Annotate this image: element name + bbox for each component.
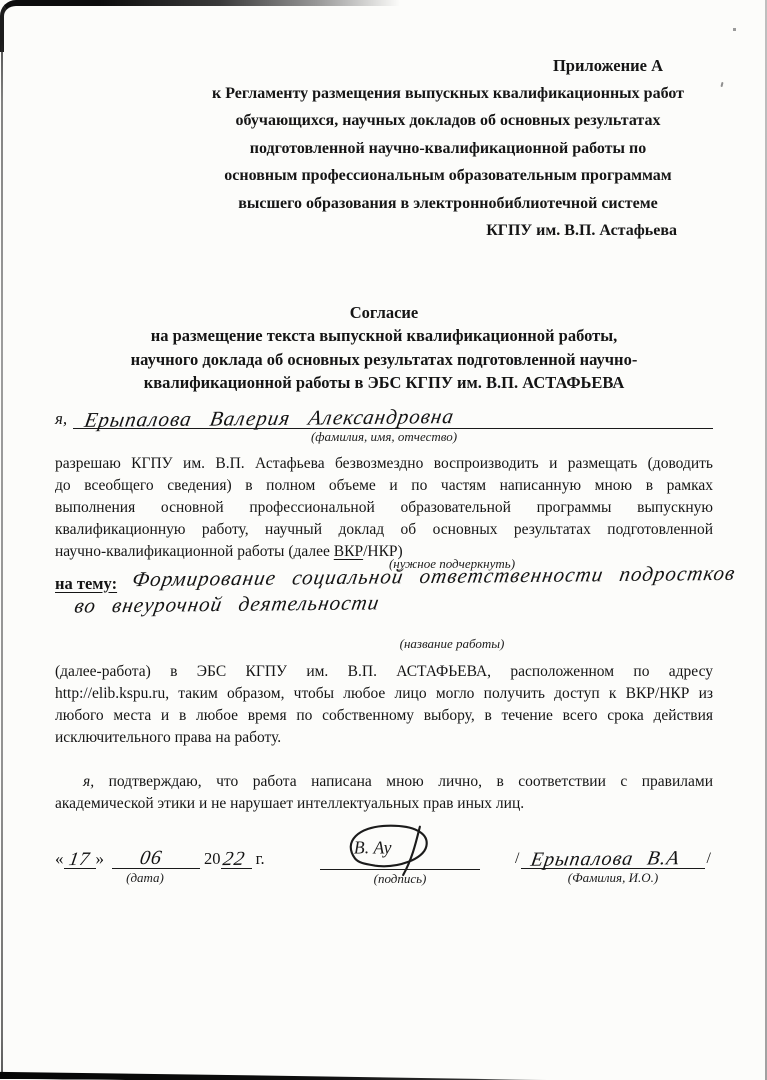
signer-name-handwritten: Ерыпалова В.А (529, 847, 682, 872)
appendix-line: к Регламенту размещения выпускных квалиф… (183, 80, 713, 108)
slash-left: / (513, 850, 521, 869)
signature-underline: В. Ау (320, 843, 480, 870)
scan-edge-left (1, 40, 3, 1078)
date-field: « 17 » 06 20 22 г. (дата) (55, 843, 267, 887)
declarant-line: я, Ерыпалова Валерия Александровна (55, 401, 713, 429)
paragraph-line: любого места и в любое время по собствен… (55, 705, 713, 727)
close-quote: » (96, 849, 105, 869)
theme-label: на тему: (55, 574, 117, 594)
paragraph-text: подтверждаю, что работа написана мною ли… (94, 773, 713, 790)
consent-title: Согласие на размещение текста выпускной … (55, 301, 713, 395)
fio-underline: Ерыпалова Валерия Александровна (73, 400, 713, 429)
appendix-line: подготовленной научно-квалификационной р… (183, 135, 713, 163)
signer-name-underline: Ерыпалова В.А (521, 842, 704, 869)
theme-handwritten-line2: во внеурочной деятельности (73, 590, 382, 618)
work-title-caption: (название работы) (123, 636, 767, 652)
year-underline: 22 (221, 844, 252, 869)
signature-scribble: В. Ау (340, 821, 444, 877)
signature-initials: В. Ау (354, 837, 392, 857)
access-paragraph: (далее-работа) в ЭБС КГПУ им. В.П. АСТАФ… (55, 661, 713, 749)
declarant-prefix: я, (55, 409, 73, 429)
month-underline: 06 (112, 844, 200, 869)
signer-name-line: / Ерыпалова В.А / (513, 843, 713, 869)
permission-paragraph: разрешаю КГПУ им. В.П. Астафьева безвозм… (55, 453, 713, 563)
consent-title-line: на размещение текста выпускной квалифика… (55, 324, 713, 348)
date-line: « 17 » 06 20 22 г. (55, 843, 267, 869)
signature-row: « 17 » 06 20 22 г. (дата) В. Ау (55, 843, 713, 887)
scan-speck (733, 28, 736, 31)
date-caption: (дата) (100, 870, 190, 886)
appendix-line: основным профессиональным образовательны… (183, 162, 713, 190)
paragraph-line: исключительного права на работу. (55, 727, 713, 749)
paragraph-line: до всеобщего сведения) в полном объеме и… (55, 475, 713, 497)
paragraph-line: http://elib.kspu.ru, таким образом, чтоб… (55, 683, 713, 705)
year-prefix: 20 (204, 849, 221, 869)
scan-corner-top-left (0, 0, 124, 52)
scan-speck (720, 82, 723, 87)
signature-field: В. Ау (подпись) (320, 843, 480, 887)
paragraph-line: квалификационную работу, научный доклад … (55, 519, 713, 541)
confirmation-prefix: я, (83, 773, 94, 790)
paragraph-line: выполнения основной профессиональной обр… (55, 497, 713, 519)
date-day-handwritten: 17 (67, 848, 92, 870)
consent-title-line: квалификационной работы в ЭБС КГПУ им. В… (55, 371, 713, 395)
paragraph-line: я, подтверждаю, что работа написана мною… (55, 771, 713, 793)
scan-edge-top (100, 0, 400, 6)
appendix-line: обучающихся, научных докладов об основны… (183, 107, 713, 135)
paragraph-line: (далее-работа) в ЭБС КГПУ им. В.П. АСТАФ… (55, 661, 713, 683)
appendix-label: Приложение А (55, 52, 713, 80)
paragraph-line: академической этики и не нарушает интелл… (55, 793, 713, 815)
day-underline: 17 (64, 844, 96, 869)
consent-title-line: научного доклада об основных результатах… (55, 348, 713, 372)
theme-section: на тему: Формирование социальной ответст… (55, 572, 713, 632)
signer-name-field: / Ерыпалова В.А / (Фамилия, И.О.) (513, 843, 713, 887)
signer-name-caption: (Фамилия, И.О.) (513, 870, 713, 886)
open-quote: « (55, 849, 64, 869)
document-content: Приложение А к Регламенту размещения вып… (55, 52, 713, 887)
paragraph-line: разрешаю КГПУ им. В.П. Астафьева безвозм… (55, 453, 713, 475)
confirmation-paragraph: я, подтверждаю, что работа написана мною… (55, 771, 713, 815)
scan-strip-bottom (0, 1071, 580, 1080)
slash-right: / (705, 850, 713, 869)
date-month-handwritten: 06 (138, 846, 164, 869)
declarant-name-handwritten: Ерыпалова Валерия Александровна (83, 404, 457, 433)
consent-title-line: Согласие (55, 301, 713, 325)
year-suffix: г. (252, 849, 265, 869)
appendix-line-university: КГПУ им. В.П. Астафьева (55, 217, 713, 245)
date-year-handwritten: 22 (221, 847, 247, 870)
scanned-consent-document: Приложение А к Регламенту размещения вып… (0, 0, 767, 1080)
appendix-header: Приложение А к Регламенту размещения вып… (55, 52, 713, 245)
appendix-line: высшего образования в электроннобиблиоте… (183, 190, 713, 218)
